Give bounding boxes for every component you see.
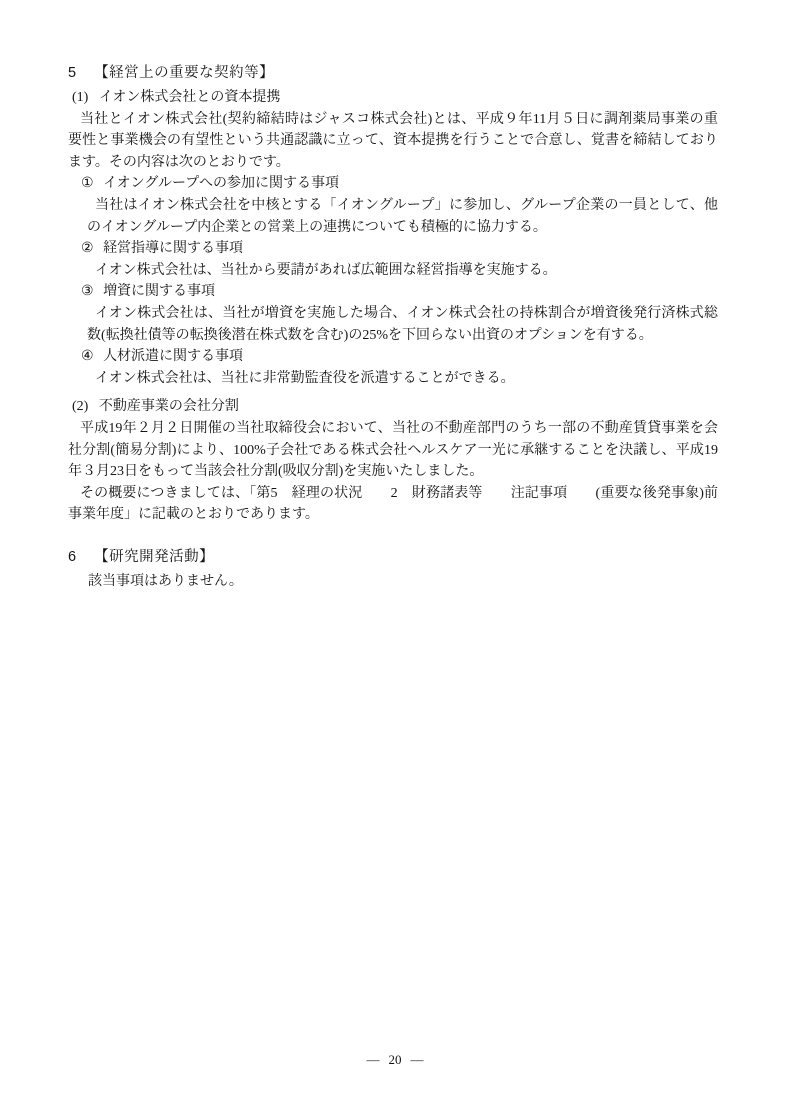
item-number: ④ <box>81 349 94 364</box>
item-body: イオン株式会社は、当社に非常勤監査役を派遣することができる。 <box>87 368 718 390</box>
footer-dash-left: ― <box>367 1052 380 1068</box>
item-title: 増資に関する事項 <box>103 284 215 299</box>
subsection-company-split: (2) 不動産事業の会社分割 平成19年２月２日開催の当社取締役会において、当社… <box>68 396 718 526</box>
contract-item-2: ② 経営指導に関する事項 イオン株式会社は、当社から要請があれば広範囲な経営指導… <box>81 238 718 281</box>
contract-item-heading: ③ 増資に関する事項 <box>81 281 718 303</box>
section-number: 6 <box>68 546 76 568</box>
item-number: ① <box>81 176 94 191</box>
item-number: ③ <box>81 284 94 299</box>
item-body: イオン株式会社は、当社が増資を実施した場合、イオン株式会社の持株割合が増資後発行… <box>87 303 718 346</box>
contract-item-list: ① イオングループへの参加に関する事項 当社はイオン株式会社を中核とする「イオン… <box>68 173 718 389</box>
item-title: イオングループへの参加に関する事項 <box>103 176 339 191</box>
contract-item-heading: ① イオングループへの参加に関する事項 <box>81 173 718 195</box>
subsection-title: イオン株式会社との資本提携 <box>99 90 281 105</box>
document-page: 5 【経営上の重要な契約等】 (1) イオン株式会社との資本提携 当社とイオン株… <box>0 0 790 1118</box>
section-rd: 6 【研究開発活動】 該当事項はありません。 <box>68 546 718 593</box>
subsection-label: (2) <box>72 399 88 414</box>
item-body: イオン株式会社は、当社から要請があれば広範囲な経営指導を実施する。 <box>87 260 718 282</box>
paragraph-company-split-1: 平成19年２月２日開催の当社取締役会において、当社の不動産部門のうち一部の不動産… <box>68 418 718 483</box>
section-title: 【経営上の重要な契約等】 <box>94 62 274 84</box>
subsection-1-heading: (1) イオン株式会社との資本提携 <box>68 87 718 109</box>
paragraph-capital-alliance-intro: 当社とイオン株式会社(契約締結時はジャスコ株式会社)とは、平成９年11月５日に調… <box>68 109 718 174</box>
section-5-heading: 5 【経営上の重要な契約等】 <box>68 62 718 84</box>
page-number: 20 <box>389 1052 402 1067</box>
section-title: 【研究開発活動】 <box>94 546 214 568</box>
footer-dash-right: ― <box>411 1052 424 1068</box>
subsection-title: 不動産事業の会社分割 <box>99 399 239 414</box>
item-title: 人材派遣に関する事項 <box>103 349 243 364</box>
contract-item-heading: ④ 人材派遣に関する事項 <box>81 346 718 368</box>
contract-item-1: ① イオングループへの参加に関する事項 当社はイオン株式会社を中核とする「イオン… <box>81 173 718 238</box>
item-number: ② <box>81 241 94 256</box>
contract-item-3: ③ 増資に関する事項 イオン株式会社は、当社が増資を実施した場合、イオン株式会社… <box>81 281 718 346</box>
subsection-capital-alliance: (1) イオン株式会社との資本提携 当社とイオン株式会社(契約締結時はジャスコ株… <box>68 87 718 389</box>
contract-item-heading: ② 経営指導に関する事項 <box>81 238 718 260</box>
item-title: 経営指導に関する事項 <box>103 241 243 256</box>
paragraph-rd-body: 該当事項はありません。 <box>68 571 718 593</box>
page-footer: ―20― <box>0 1052 790 1068</box>
contract-item-4: ④ 人材派遣に関する事項 イオン株式会社は、当社に非常勤監査役を派遣することがで… <box>81 346 718 389</box>
page-content: 5 【経営上の重要な契約等】 (1) イオン株式会社との資本提携 当社とイオン株… <box>68 62 718 592</box>
section-number: 5 <box>68 62 76 84</box>
paragraph-company-split-2: その概要につきましては、「第5 経理の状況 2 財務諸表等 注記事項 (重要な後… <box>68 483 718 526</box>
item-body: 当社はイオン株式会社を中核とする「イオングループ」に参加し、グループ企業の一員と… <box>87 195 718 238</box>
subsection-label: (1) <box>72 90 88 105</box>
subsection-2-heading: (2) 不動産事業の会社分割 <box>68 396 718 418</box>
section-6-heading: 6 【研究開発活動】 <box>68 546 718 568</box>
